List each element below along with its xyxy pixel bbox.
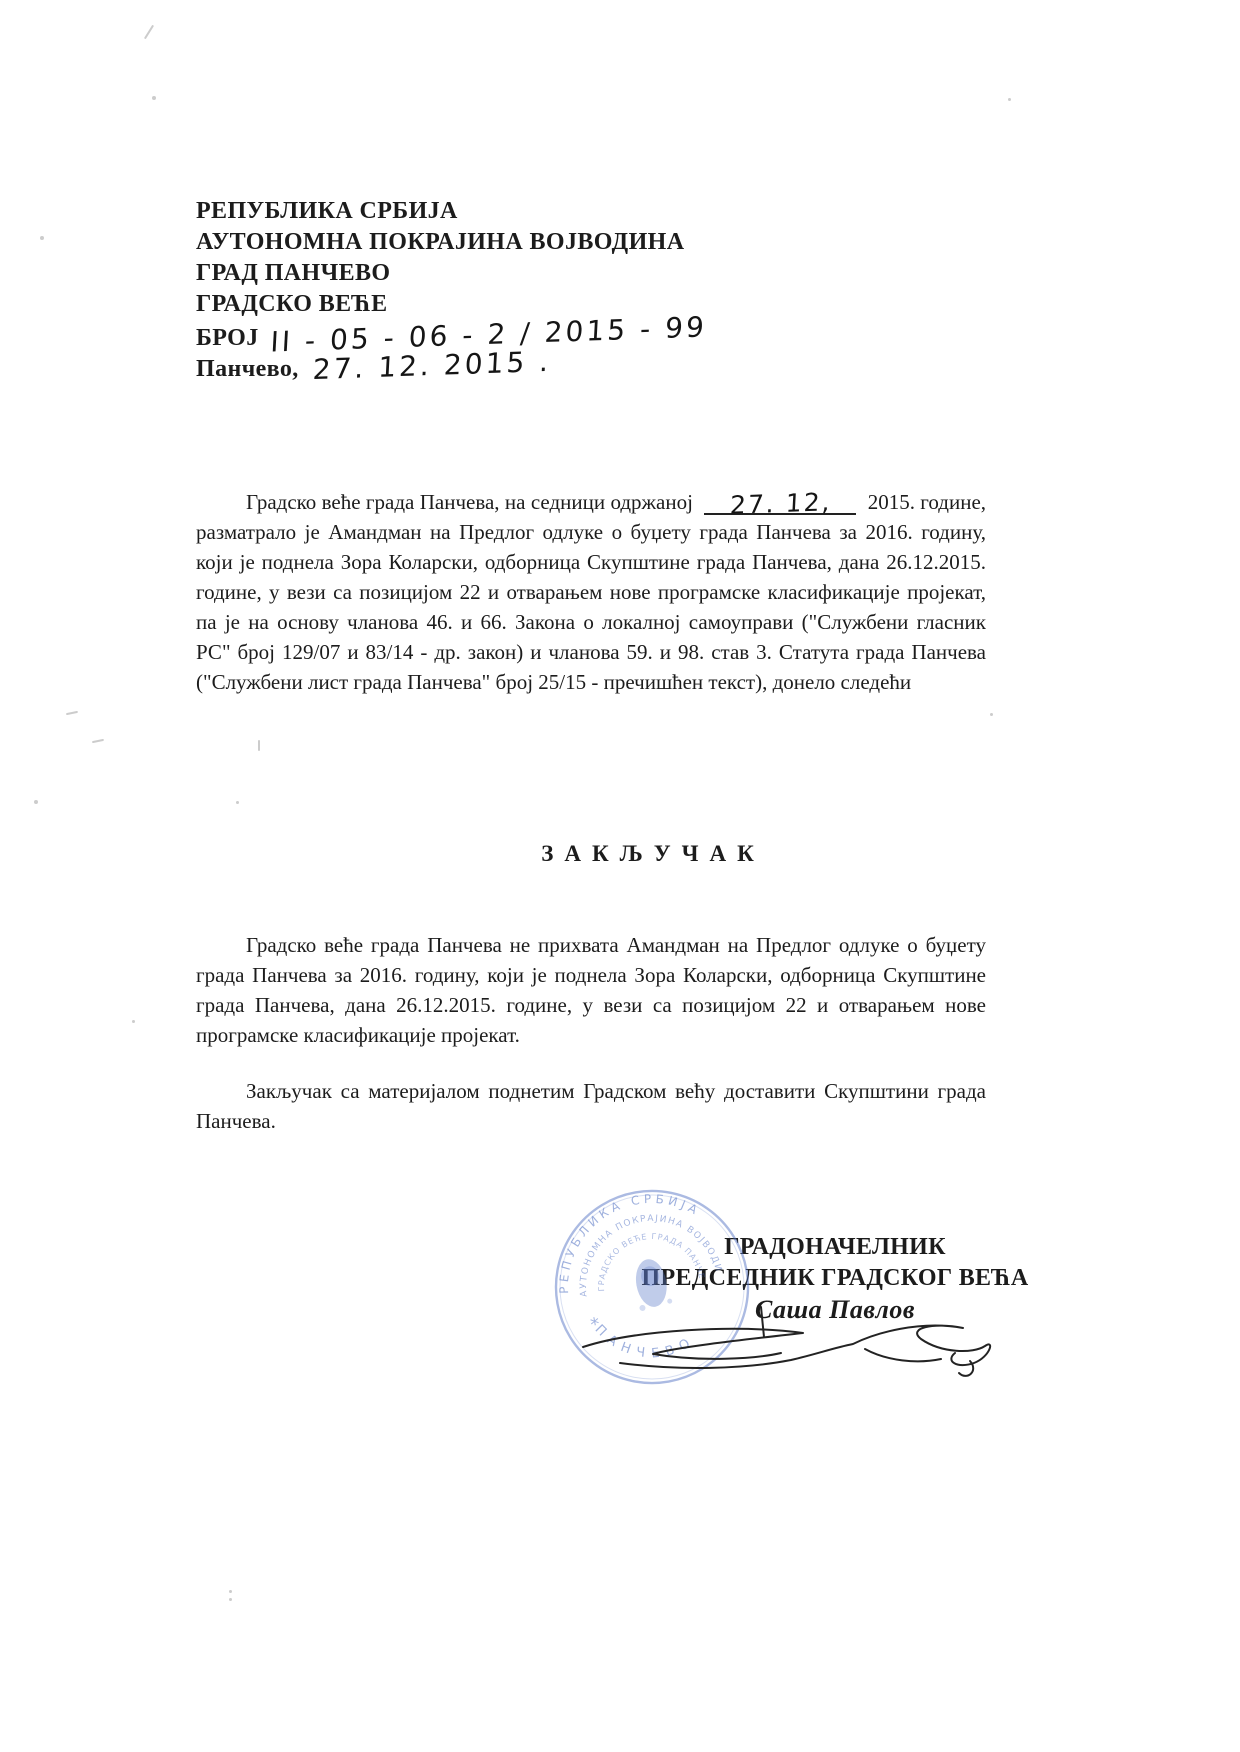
case-number-label: БРОЈ [196,325,259,351]
letterhead-province: АУТОНОМНА ПОКРАЈИНА ВОЈВОДИНА [196,227,706,258]
scan-artifact [144,25,154,40]
scan-artifact [236,801,239,804]
date-handwritten: 27. 12. 2015 . [312,346,552,385]
session-date-blank-line: 27. 12, [704,490,856,515]
preamble-paragraph: Градско веће града Панчева, на седници о… [196,487,986,697]
delivery-paragraph: Закључак са материјалом поднетим Градско… [196,1076,986,1136]
scan-artifact [258,740,260,751]
place-label: Панчево, [196,356,299,382]
scan-artifact [229,1590,232,1593]
letterhead: РЕПУБЛИКА СРБИЈА АУТОНОМНА ПОКРАЈИНА ВОЈ… [196,196,706,382]
scan-artifact [229,1598,232,1601]
scan-artifact [582,649,593,651]
letterhead-republic: РЕПУБЛИКА СРБИЈА [196,196,706,227]
scanned-document-page: РЕПУБЛИКА СРБИЈА АУТОНОМНА ПОКРАЈИНА ВОЈ… [0,0,1240,1752]
scan-artifact [990,713,993,716]
scan-artifact [1008,98,1011,101]
preamble-text-after: 2015. године, разматрало је Амандман на … [196,490,986,694]
handwritten-signature [565,1303,1005,1403]
decision-paragraph: Градско веће града Панчева не прихвата А… [196,930,986,1050]
scan-artifact [152,96,156,100]
scan-artifact [40,236,44,240]
scan-artifact [34,800,38,804]
scan-artifact [132,1020,135,1023]
preamble-text-before: Градско веће града Панчева, на седници о… [246,490,693,514]
scan-artifact [92,739,104,743]
scan-artifact [66,711,78,715]
conclusion-heading: ЗАКЉУЧАК [258,841,1048,867]
letterhead-city: ГРАД ПАНЧЕВО [196,258,706,289]
session-date-handwritten: 27. 12, [729,491,832,517]
case-number-line: БРОЈII - 05 - 06 - 2 / 2015 - 99 [196,320,706,351]
